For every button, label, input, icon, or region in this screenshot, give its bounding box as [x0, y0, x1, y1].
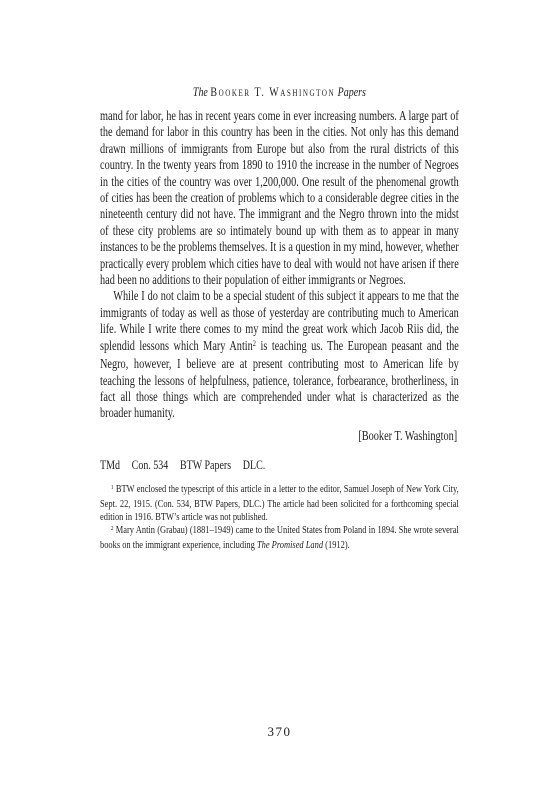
- article-body: mand for labor, he has in recent years c…: [100, 108, 459, 422]
- footnotes-section: 1 BTW enclosed the typescript of this ar…: [100, 483, 459, 552]
- source-item: BTW Papers: [180, 457, 231, 473]
- running-head: The Booker T. Washington Papers: [100, 84, 459, 100]
- text-block: The Booker T. Washington Papers mand for…: [100, 84, 459, 552]
- source-item: DLC.: [243, 457, 265, 473]
- page-number: 370: [100, 724, 459, 740]
- source-citation-line: TMd Con. 534 BTW Papers DLC.: [100, 457, 459, 473]
- signature-attribution: [Booker T. Washington]: [100, 428, 459, 444]
- paragraph: mand for labor, he has in recent years c…: [100, 108, 459, 288]
- paragraph: While I do not claim to be a special stu…: [100, 288, 459, 421]
- source-item: TMd: [100, 457, 120, 473]
- footnote-2: 2 Mary Antin (Grabau) (1881–1949) came t…: [100, 524, 459, 552]
- source-item: Con. 534: [132, 457, 169, 473]
- book-page: The Booker T. Washington Papers mand for…: [0, 0, 551, 812]
- footnote-1: 1 BTW enclosed the typescript of this ar…: [100, 483, 459, 524]
